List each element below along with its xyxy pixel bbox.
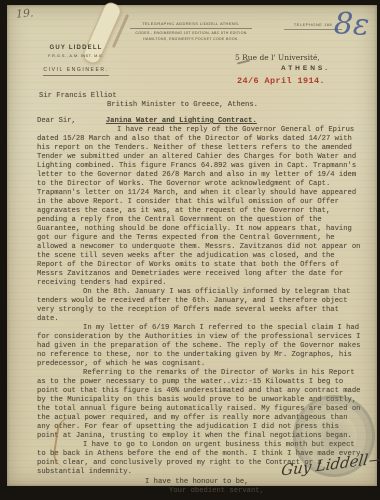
- address-street: 5 Rue de l' Université,: [235, 53, 375, 62]
- scanned-letter-page: 19. TELEGRAPHIC ADDRESS LIDDELL ATHENS. …: [7, 5, 377, 486]
- subject-line: Janina Water and Lighting Contract.: [106, 117, 257, 125]
- sender-name: GUY LIDDELL: [29, 45, 123, 51]
- closing-servant-line: Your obedient servant,: [169, 487, 364, 496]
- letter-paragraph: I have read the reply of the Governor Ge…: [37, 126, 364, 288]
- sender-credentials: F.R.G.S., A.M. INST. M.E.: [29, 54, 123, 58]
- salutation-row: Dear Sir,Janina Water and Lighting Contr…: [37, 117, 364, 126]
- handwritten-blue-annotation: 8ε: [333, 6, 370, 43]
- codes-line: CODES - ENGINEERING 1ST EDITION, ABC 5TH…: [130, 31, 252, 35]
- sender-profession: CIVIL ENGINEER.: [43, 67, 108, 76]
- codes-line-2: HAMILTONS, ENGINEER'S POCKET CODE BOOK.: [130, 37, 252, 41]
- handwritten-page-number: 19.: [16, 6, 34, 20]
- letterhead-address-block: 5 Rue de l' Université, ATHENS.: [235, 53, 375, 72]
- letter-paragraph: On the 8th. January I was officially inf…: [37, 288, 364, 324]
- letterhead-sender-block: GUY LIDDELL F.R.G.S., A.M. INST. M.E. CI…: [29, 45, 123, 76]
- recipient-name: Sir Francis Elliot: [39, 92, 364, 101]
- closing-honour-line: I have the honour to be,: [145, 478, 364, 487]
- letter-paragraph: In my letter of 6/19 March I referred to…: [37, 324, 364, 369]
- recipient-title: British Minister to Greece, Athens.: [107, 101, 364, 110]
- address-city: ATHENS.: [281, 65, 375, 72]
- letter-date: 24/6 April 1914.: [237, 76, 325, 86]
- salutation: Dear Sir,: [37, 117, 76, 125]
- letterhead-telegraph-block: TELEGRAPHIC ADDRESS LIDDELL ATHENS. CODE…: [130, 21, 252, 41]
- telegraphic-address-line: TELEGRAPHIC ADDRESS LIDDELL ATHENS.: [130, 21, 252, 29]
